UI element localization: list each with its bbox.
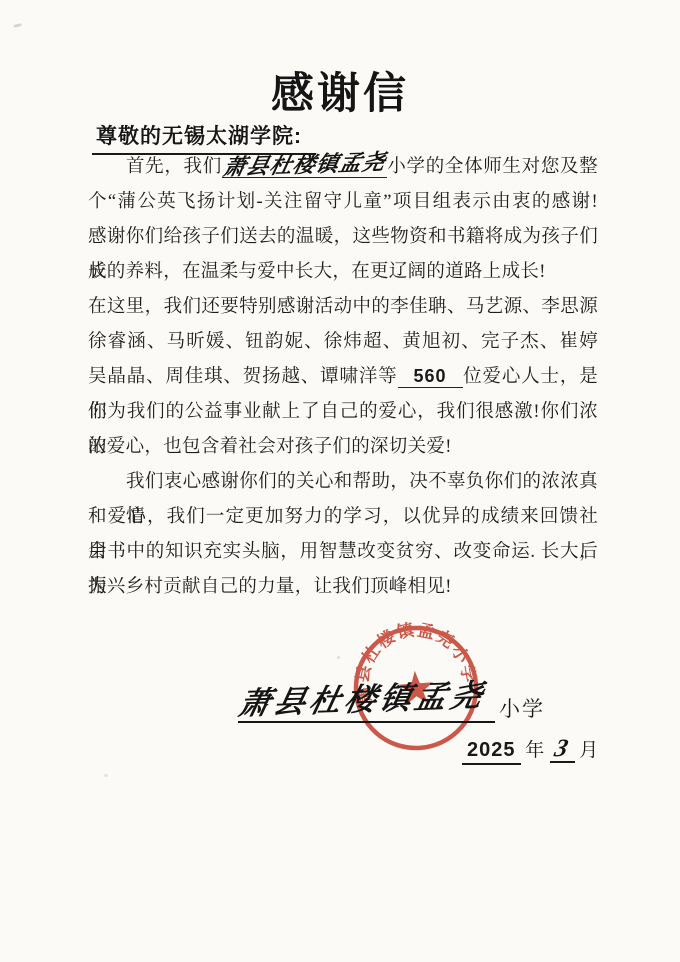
date-line: 2025 年 3 月 xyxy=(462,735,599,765)
donor-count-underline: 560 xyxy=(398,367,463,388)
body-line-6: 徐睿涵、马昕媛、钮韵妮、徐炜超、黄旭初、完子杰、崔婷 xyxy=(88,325,598,360)
scan-artifact xyxy=(337,656,340,659)
body-line-11: 和爱心，我们一定更加努力的学习，以优异的成绩来回馈社会， xyxy=(88,500,598,535)
body-line-3: 感谢你们给孩子们送去的温暖，这些物资和书籍将成为孩子们成 xyxy=(88,220,598,255)
handwritten-school-name-inline: 萧县杜楼镇孟尧 xyxy=(222,154,387,178)
letter-title: 感谢信 xyxy=(0,60,680,121)
body-line-1-pre: 首先，我们 xyxy=(126,157,222,177)
year-value: 2025 xyxy=(467,739,516,761)
month-value-handwritten: 3 xyxy=(552,736,570,761)
body-line-1: 首先，我们萧县杜楼镇孟尧小学的全体师生对您及整 xyxy=(88,150,598,185)
month-label: 月 xyxy=(579,740,599,761)
body-line-9: 的爱心，也包含着社会对孩子们的深切关爱! xyxy=(88,430,598,465)
letter-page: 感谢信 尊敬的无锡太湖学院: 首先，我们萧县杜楼镇孟尧小学的全体师生对您及整 个… xyxy=(0,0,680,962)
month-underline: 3 xyxy=(550,736,575,763)
scan-artifact xyxy=(104,774,108,777)
signature-underline: 萧县杜楼镇孟尧 xyxy=(238,684,495,723)
year-label: 年 xyxy=(525,740,545,761)
body-line-2: 个“蒲公英飞扬计划-关注留守儿童”项目组表示由衷的感谢! xyxy=(88,185,598,220)
signature-block: 萧县杜楼镇孟尧小学 xyxy=(238,684,545,723)
letter-body: 首先，我们萧县杜楼镇孟尧小学的全体师生对您及整 个“蒲公英飞扬计划-关注留守儿童… xyxy=(88,150,598,605)
body-line-12: 用书中的知识充实头脑，用智慧改变贫穷、改变命运. 长大后为 xyxy=(88,535,598,570)
school-suffix: 小学 xyxy=(495,697,545,721)
donor-count: 560 xyxy=(414,366,447,386)
body-line-1-post: 小学的全体师生对您及整 xyxy=(387,157,598,177)
body-line-4: 长的养料，在温柔与爱中长大，在更辽阔的道路上成长! xyxy=(88,255,598,290)
year-underline: 2025 xyxy=(462,739,521,765)
body-line-7: 吴晶晶、周佳琪、贺扬越、谭啸洋等560位爱心人士，是你 xyxy=(88,360,598,395)
body-line-7-pre: 吴晶晶、周佳琪、贺扬越、谭啸洋等 xyxy=(88,367,398,387)
handwritten-school-signature: 萧县杜楼镇孟尧 xyxy=(236,680,490,720)
body-line-5: 在这里，我们还要特别感谢活动中的李佳聃、马艺源、李思源 xyxy=(88,290,598,325)
body-line-10: 我们衷心感谢你们的关心和帮助，决不辜负你们的浓浓真情 xyxy=(88,465,598,500)
scan-artifact xyxy=(13,23,22,28)
body-line-13: 振兴乡村贡献自己的力量，让我们顶峰相见! xyxy=(88,570,598,605)
body-line-8: 们为我们的公益事业献上了自己的爱心，我们很感激!你们浓浓 xyxy=(88,395,598,430)
